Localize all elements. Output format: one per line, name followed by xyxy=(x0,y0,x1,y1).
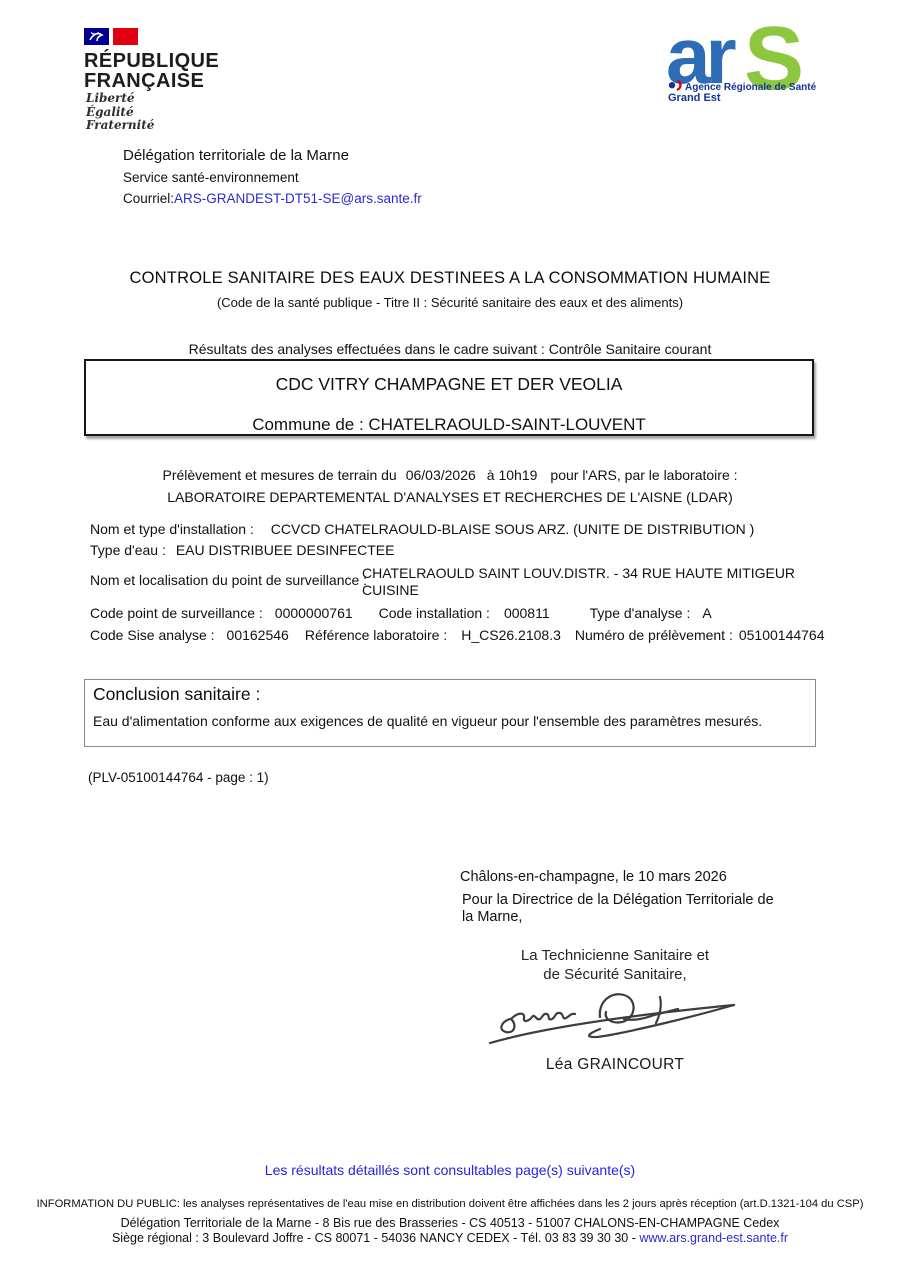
water-type-row: Type d'eau :EAU DISTRIBUEE DESINFECTEE xyxy=(90,542,394,558)
sample-number-value: 05100144764 xyxy=(739,627,825,643)
ars-region-label: Grand Est xyxy=(668,92,721,104)
footer-address-line1: Délégation Territoriale de la Marne - 8 … xyxy=(0,1216,900,1230)
courriel-line: Courriel:ARS-GRANDEST-DT51-SE@ars.sante.… xyxy=(123,191,422,206)
document-page: RÉPUBLIQUE FRANÇAISE Liberté Égalité Fra… xyxy=(0,0,900,1272)
public-information-notice: INFORMATION DU PUBLIC: les analyses repr… xyxy=(0,1198,900,1210)
installation-type-row: Nom et type d'installation :CCVCD CHATEL… xyxy=(90,521,754,537)
conclusion-box: Conclusion sanitaire : Eau d'alimentatio… xyxy=(84,679,816,747)
plv-page-reference: (PLV-05100144764 - page : 1) xyxy=(88,770,269,785)
courriel-label: Courriel: xyxy=(123,191,174,206)
installation-type-value: CCVCD CHATELRAOULD-BLAISE SOUS ARZ. (UNI… xyxy=(271,521,755,537)
ars-tagline-text: Agence Régionale de Santé xyxy=(685,82,816,93)
surveillance-point-label: Nom et localisation du point de surveill… xyxy=(90,572,367,588)
analysis-context-line: Résultats des analyses effectuées dans l… xyxy=(0,341,900,357)
surveillance-point-value-line1: CHATELRAOULD SAINT LOUV.DISTR. - 34 RUE … xyxy=(362,565,812,582)
code-installation-value: 000811 xyxy=(504,605,550,621)
water-type-value: EAU DISTRIBUEE DESINFECTEE xyxy=(176,542,395,558)
service-line: Service santé-environnement xyxy=(123,170,299,185)
analysis-type-label: Type d'analyse : xyxy=(590,605,691,621)
network-name: CDC VITRY CHAMPAGNE ET DER VEOLIA xyxy=(86,374,812,395)
signing-authority-line1: Pour la Directrice de la Délégation Terr… xyxy=(462,892,818,909)
commune-line: Commune de : CHATELRAOULD-SAINT-LOUVENT xyxy=(86,415,812,435)
analysis-type-value: A xyxy=(702,605,711,621)
motto-liberte: Liberté xyxy=(86,92,154,106)
signing-authority: Pour la Directrice de la Délégation Terr… xyxy=(462,892,818,925)
codes-row-2: Code Sise analyse : 00162546 Référence l… xyxy=(90,627,825,643)
french-flag-marianne-icon xyxy=(84,28,138,50)
sampling-date: 06/03/2026 xyxy=(406,467,476,483)
republique-motto: Liberté Égalité Fraternité xyxy=(86,92,154,133)
ars-website-link[interactable]: www.ars.grand-est.sante.fr xyxy=(639,1231,788,1245)
installation-type-label: Nom et type d'installation : xyxy=(90,521,254,537)
network-box: CDC VITRY CHAMPAGNE ET DER VEOLIA Commun… xyxy=(84,359,814,436)
motto-fraternite: Fraternité xyxy=(86,119,154,133)
sampling-suffix: pour l'ARS, par le laboratoire : xyxy=(550,467,737,483)
surveillance-point-value-line2: CUISINE xyxy=(362,582,812,599)
signing-authority-line2: la Marne, xyxy=(462,909,818,926)
surveillance-point-value: CHATELRAOULD SAINT LOUV.DISTR. - 34 RUE … xyxy=(362,565,812,598)
delegation-line: Délégation territoriale de la Marne xyxy=(123,147,349,164)
handwritten-signature xyxy=(482,979,747,1056)
conclusion-title: Conclusion sanitaire : xyxy=(93,684,807,705)
signer-name: Léa GRAINCOURT xyxy=(480,1056,750,1074)
code-sise-value: 00162546 xyxy=(227,627,289,643)
courriel-email-link[interactable]: ARS-GRANDEST-DT51-SE@ars.sante.fr xyxy=(174,191,422,206)
lab-reference-value: H_CS26.2108.3 xyxy=(461,627,561,643)
footer-address-line2-text: Siège régional : 3 Boulevard Joffre - CS… xyxy=(112,1231,639,1245)
code-installation-label: Code installation : xyxy=(379,605,490,621)
sample-number-label: Numéro de prélèvement : xyxy=(575,627,733,643)
place-and-date: Châlons-en-champagne, le 10 mars 2026 xyxy=(460,869,727,885)
document-subtitle: (Code de la santé publique - Titre II : … xyxy=(0,295,900,310)
detailed-results-note: Les résultats détaillés sont consultable… xyxy=(0,1162,900,1178)
code-point-value: 0000000761 xyxy=(275,605,353,621)
code-sise-label: Code Sise analyse : xyxy=(90,627,215,643)
lab-reference-label: Référence laboratoire : xyxy=(305,627,447,643)
conclusion-text: Eau d'alimentation conforme aux exigence… xyxy=(93,713,807,729)
document-title: CONTROLE SANITAIRE DES EAUX DESTINEES A … xyxy=(0,269,900,288)
water-type-label: Type d'eau : xyxy=(90,542,166,558)
sampling-line: Prélèvement et mesures de terrain du06/0… xyxy=(0,467,900,483)
codes-row-1: Code point de surveillance : 0000000761 … xyxy=(90,605,712,621)
code-point-label: Code point de surveillance : xyxy=(90,605,263,621)
laboratory-line: LABORATOIRE DEPARTEMENTAL D'ANALYSES ET … xyxy=(0,489,900,505)
footer-address-line2: Siège régional : 3 Boulevard Joffre - CS… xyxy=(0,1231,900,1245)
signer-title-line1: La Technicienne Sanitaire et xyxy=(480,947,750,966)
republique-wordmark-line2: FRANÇAISE xyxy=(84,70,204,93)
sampling-time: à 10h19 xyxy=(487,467,538,483)
motto-egalite: Égalité xyxy=(86,106,154,120)
sampling-prefix: Prélèvement et mesures de terrain du xyxy=(162,467,396,483)
